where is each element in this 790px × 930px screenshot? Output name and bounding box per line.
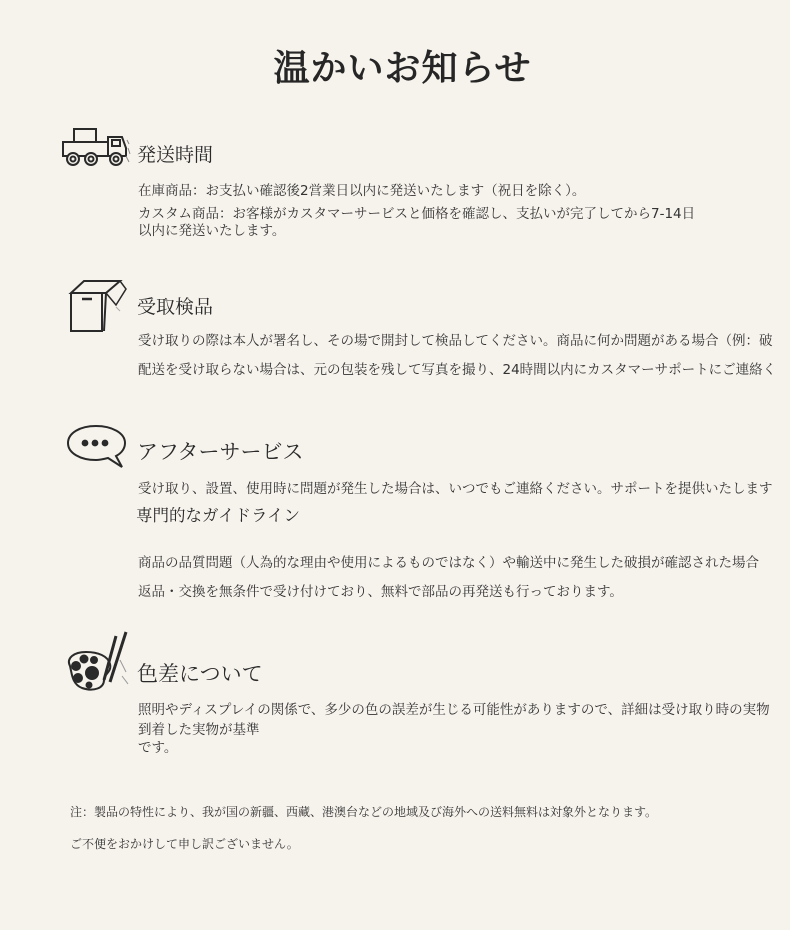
section-heading-after-sales: アフターサービス — [137, 436, 304, 466]
color-line-2: 到着した実物が基準 — [138, 718, 260, 738]
color-line-3: です。 — [138, 736, 177, 756]
after-sales-line-1: 受け取り、設置、使用時に問題が発生した場合は、いつでもご連絡ください。サポートを… — [138, 477, 773, 497]
shipping-exclusion-note: 注：製品の特性により、我が国の新疆、西藏、港澳台などの地域及び海外への送料無料は… — [70, 803, 657, 820]
box-icon — [66, 279, 128, 337]
inspection-line-1: 受け取りの際は本人が署名し、その場で開封して検品してください。商品に何か問題があ… — [138, 329, 773, 349]
speech-bubble-icon — [66, 423, 128, 471]
guideline-line-1: 商品の品質問題（人為的な理由や使用によるものではなく）や輸送中に発生した破損が確… — [138, 551, 759, 571]
guideline-subheading: 専門的なガイドライン — [136, 502, 300, 526]
inspection-line-2: 配送を受け取らない場合は、元の包装を残して写真を撮り、24時間以内にカスタマーサ… — [138, 358, 776, 378]
section-heading-shipping: 発送時間 — [137, 140, 213, 167]
page-title: 温かいお知らせ — [0, 40, 790, 91]
apology-note: ご不便をおかけして申し訳ございません。 — [70, 835, 299, 852]
section-heading-color-difference: 色差について — [137, 658, 263, 688]
shipping-line-3: 以内に発送いたします。 — [138, 219, 285, 239]
guideline-line-2: 返品・交換を無条件で受け付けており、無料で部品の再発送も行っております。 — [138, 580, 623, 600]
color-line-1: 照明やディスプレイの関係で、多少の色の誤差が生じる可能性がありますので、詳細は受… — [138, 698, 770, 718]
truck-icon — [60, 126, 132, 168]
section-heading-inspection: 受取検品 — [137, 292, 213, 319]
shipping-line-1: 在庫商品：お支払い確認後2営業日以内に発送いたします（祝日を除く）。 — [138, 179, 585, 199]
palette-icon — [64, 630, 134, 696]
